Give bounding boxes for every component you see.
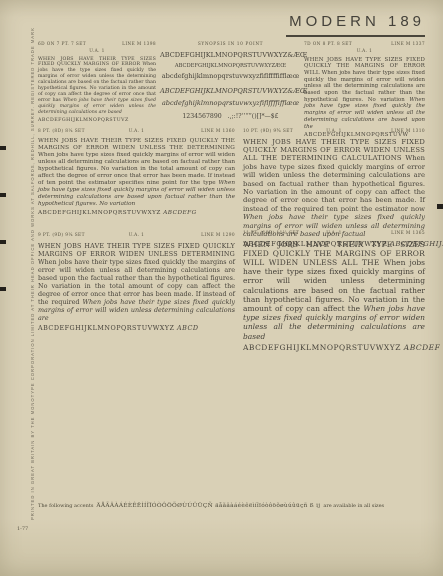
printer-imprint: PRINTED IN GREAT BRITAIN BY THE MONOTYPE… (30, 27, 35, 520)
size-set-label: 7D ON 8 PT. 8 SET (304, 42, 365, 48)
matrix-line-number: LINE M 1365 (364, 231, 425, 237)
specimen-text: WHEN JOBS HAVE THEIR TYPE SIZES FIXED QU… (38, 138, 235, 209)
specimen-text: WHEN JOBS HAVE THEIR TYPE SIZES FIXED QU… (243, 240, 425, 341)
synopsis-figures: 1234567890 .,;:!?‘’“”()[]*—$£ (160, 113, 301, 120)
roman-text: When jobs have the type sizes fixed quic… (38, 62, 156, 102)
specimen-text: WHEN JOBS HAVE TYPE SIZES FIXED QUICKLY … (304, 57, 425, 131)
size-set-label: 10 PT. (9D) 9¾ SET (243, 129, 304, 135)
specimen-text: WHEN JOBS HAVE THEIR TYPE SIZES FIXED QU… (38, 242, 235, 322)
registration-mark (0, 240, 6, 244)
synopsis-block: SYNOPSIS IN 10 POINT ABCDEFGHIJKLMNOPQRS… (160, 42, 301, 120)
specimen-block-7d-on-8pt: 7D ON 8 PT. 8 SET LINE M 1337 U.A. 1 WHE… (304, 42, 425, 139)
synopsis-small-caps: ABCDEFGHIJKLMNOPQRSTUVWXYZÆŒ (160, 63, 301, 69)
alphabet-line: ABCDEFGHIJKLMNOPQRSTUVWXYZ ABCDEF (243, 343, 425, 352)
specimen-block-9pt: 9 PT. (9D) 9¼ SET U.A. 1 LINE M 1290 WHE… (38, 233, 235, 332)
specimen-header: 10 PT. (9D) 9¾ SET U.A. 1 LINE M 1310 (243, 129, 425, 135)
registration-mark (0, 146, 6, 150)
alphabet-italic: ABCD (177, 324, 198, 332)
synopsis-italic-caps: ABCDEFGHIJKLMNOPQRSTUVWXYZ&ÆŒ (160, 88, 301, 95)
page-title: MODERN 189 (289, 13, 425, 30)
unit-arrangement-label: U.A. 1 (104, 233, 170, 239)
specimen-block-8pt: 8 PT. (8D) 8¼ SET U.A. 1 LINE M 1360 WHE… (38, 129, 235, 218)
specimen-text: WHEN JOBS HAVE THEIR TYPE SIZES FIXED QU… (243, 138, 425, 239)
specimen-header: 9 PT. (9D) 9¼ SET U.A. 1 LINE M 1290 (38, 233, 235, 239)
unit-arrangement-label: U.A. 1 (304, 49, 425, 54)
matrix-line-number: LINE M 1398 (97, 42, 156, 48)
alphabet-line: ABCDEFGHIJKLMNOPQRSTUVWXYZ ABCD (38, 324, 235, 332)
alphabet-roman: ABCDEFGHIJKLMNOPQRSTUVWXYZ (38, 324, 174, 332)
unit-arrangement-label: U.A. 1 (304, 231, 365, 237)
size-set-label: 9 PT. (9D) 9¼ SET (38, 233, 104, 239)
size-set-label: 6D ON 7 PT. 7 SET (38, 42, 97, 48)
alphabet-italic: ABCDEFG (163, 210, 196, 216)
unit-arrangement-label: U.A. 1 (38, 49, 156, 54)
specimen-header: 6D ON 7 PT. 7 SET LINE M 1398 U.A. 1 (38, 42, 156, 54)
matrix-line-number: LINE M 1290 (169, 233, 235, 239)
caps-lead: WHEN JOBS HAVE THEIR TYPE SIZES FIXED QU… (38, 138, 235, 151)
registration-mark (437, 204, 443, 209)
alphabet-roman: ABCDEFGHIJKLMNOPQRSTUVWXYZ (243, 343, 401, 352)
alphabet-line: ABCDEFGHIJKLMNOPQRSTUVWXYZ ABCDEFG (38, 210, 235, 217)
unit-arrangement-label: U.A. 1 (304, 129, 365, 135)
registration-mark (0, 287, 6, 291)
matrix-line-number: LINE M 1310 (364, 129, 425, 135)
title-rule (286, 35, 425, 37)
alphabet-line: ABCDEFGHIJKLMNOPQRSTUVZ (38, 118, 156, 124)
roman-text: When jobs have type sizes fixed quickly … (38, 152, 235, 186)
specimen-block-11pt: 11 PT. (10D) 11¼ SET U.A. 1 LINE M 1365 … (243, 231, 425, 352)
alphabet-italic: ABCDEF (404, 343, 441, 352)
caps-lead: WHEN JOBS HAVE THEIR TYPE SIZES FIXED QU… (38, 57, 156, 68)
specimen-text: WHEN JOBS HAVE THEIR TYPE SIZES FIXED QU… (38, 57, 156, 116)
size-set-label: 8 PT. (8D) 8¼ SET (38, 129, 104, 135)
registration-mark (0, 193, 6, 197)
accents-note: The following accents ÄÅÃÂÀÁÉÈÊËÌÍÎÏÓÒÔÖ… (38, 503, 428, 509)
caps-lead: WHEN JOBS HAVE THEIR TYPE SIZES FIXED QU… (243, 138, 425, 163)
page-number: 1-77 (17, 526, 28, 532)
roman-text: When jobs have type sizes fixed quickly … (243, 154, 425, 212)
specimen-header: 7D ON 8 PT. 8 SET LINE M 1337 U.A. 1 (304, 42, 425, 54)
alphabet-roman: ABCDEFGHIJKLMNOPQRSTUVWXYZ (38, 210, 161, 216)
accents-prefix: The following accents (38, 503, 93, 509)
matrix-line-number: LINE M 1337 (365, 42, 426, 48)
synopsis-lowercase: abcdefghijklmnopqrstuvwxyzfiflffffifflæœ (160, 73, 301, 80)
specimen-header: 11 PT. (10D) 11¼ SET U.A. 1 LINE M 1365 (243, 231, 425, 237)
size-set-label: 11 PT. (10D) 11¼ SET (243, 231, 304, 237)
accents-suffix: are available in all sizes (323, 503, 384, 509)
specimen-header: 8 PT. (8D) 8¼ SET U.A. 1 LINE M 1360 (38, 129, 235, 135)
caps-lead: WHEN JOBS HAVE THEIR TYPE SIZES FIXED QU… (38, 242, 235, 258)
synopsis-italic-lowercase: abcdefghijklmnopqrstuvwxyzfiflffffifflæœ (160, 100, 301, 107)
matrix-line-number: LINE M 1360 (169, 129, 235, 135)
roman-text: When jobs have their type sizes fixed qu… (304, 70, 425, 103)
accents-glyphs: ÄÅÃÂÀÁÉÈÊËÌÍÎÏÓÒÔÖÕØÙÚÛÜÇÑ äåãâàáéèêëìíî… (96, 503, 320, 509)
alphabet-roman: ABCDEFGHIJKLMNOPQRSTUVZ (38, 118, 129, 123)
synopsis-caps: ABCDEFGHIJKLMNOPQRSTUVWXYZ&ÆŒ (160, 52, 301, 59)
synopsis-label: SYNOPSIS IN 10 POINT (160, 42, 301, 47)
unit-arrangement-label: U.A. 1 (104, 129, 170, 135)
specimen-page: MODERN 189 PRINTED IN GREAT BRITAIN BY T… (0, 0, 443, 576)
specimen-block-6d-on-7pt: 6D ON 7 PT. 7 SET LINE M 1398 U.A. 1 WHE… (38, 42, 156, 123)
